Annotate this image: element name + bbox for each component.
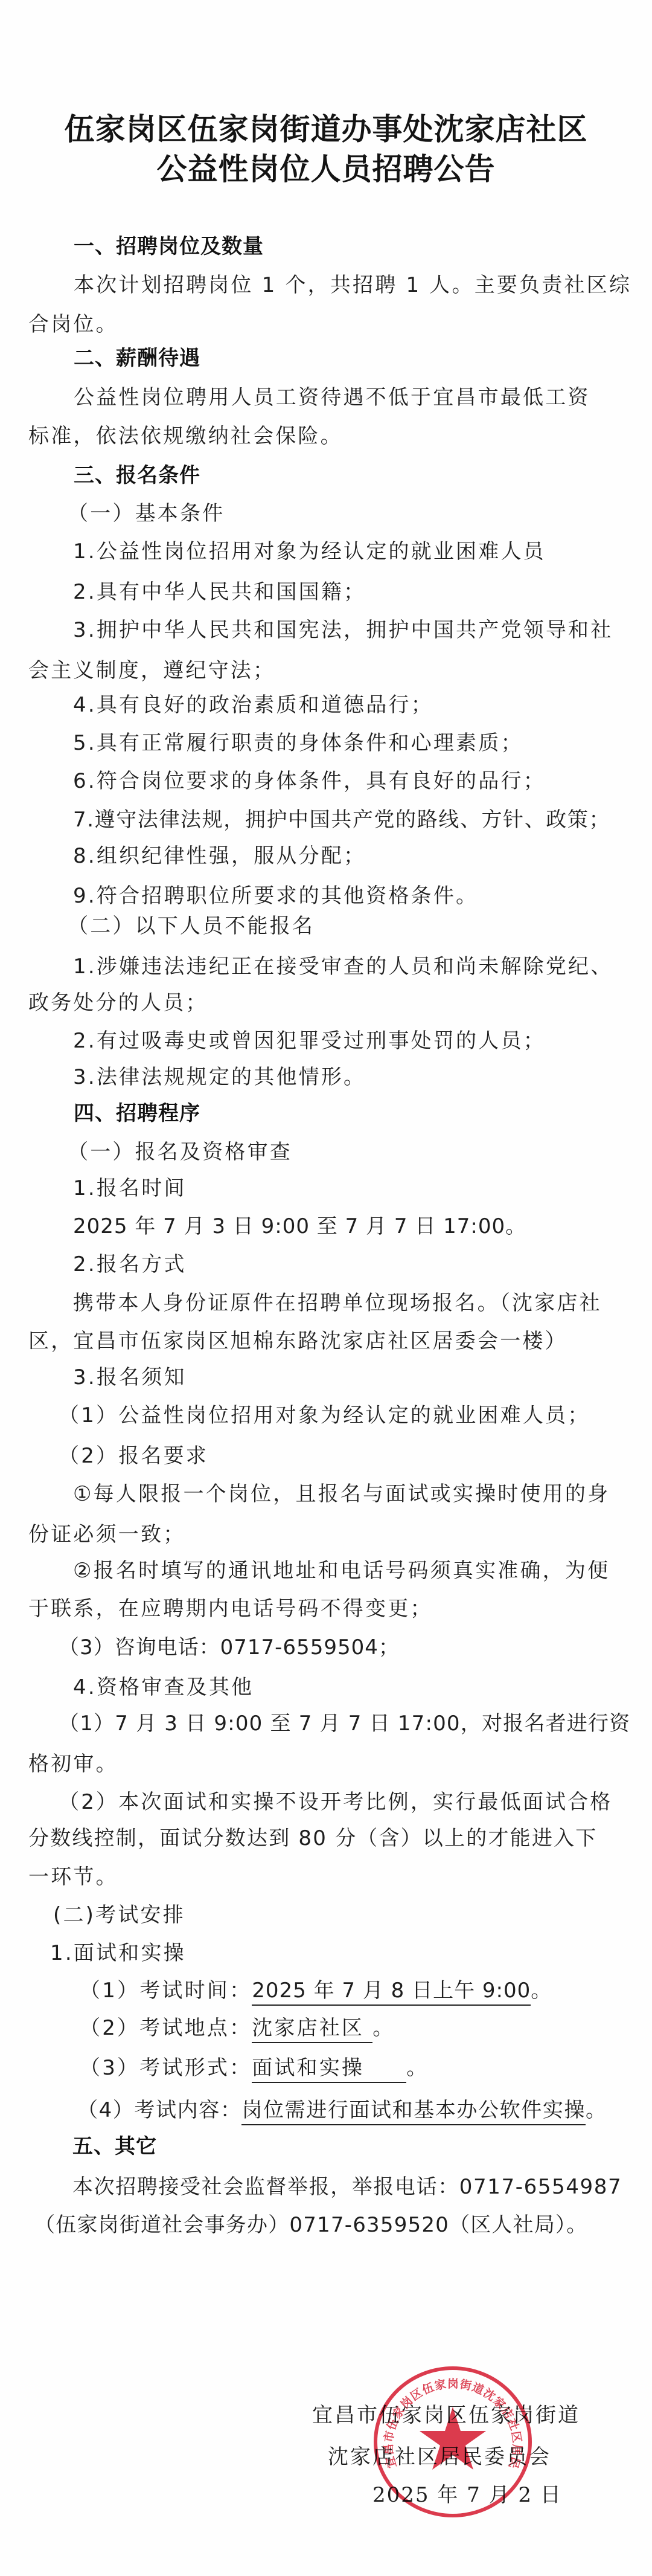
list-item: 1.涉嫌违法违纪正在接受审查的人员和尚未解除党纪、 — [73, 953, 613, 980]
list-item: （1）公益性岗位招用对象为经认定的就业困难人员； — [59, 1402, 590, 1429]
exam-item-heading: 1.面试和实操 — [50, 1940, 186, 1966]
subsection-heading-registration: （一）报名及资格审查 — [68, 1139, 292, 1165]
body-line: 携带本人身份证原件在招聘单位现场报名。（沈家店社 — [73, 1290, 602, 1316]
list-item: （1）7 月 3 日 9:00 至 7 月 7 日 17:00，对报名者进行资 — [59, 1710, 630, 1737]
body-line: 公益性岗位聘用人员工资待遇不低于宜昌市最低工资 — [74, 384, 590, 411]
subsection-heading-basic: （一）基本条件 — [68, 500, 225, 527]
official-seal-stamp: 宜昌市伍家岗区伍家岗街道沈家店社区居民委员会 — [372, 2365, 534, 2519]
list-item: 3.报名须知 — [73, 1364, 187, 1391]
registration-time: 2025 年 7 月 3 日 9:00 至 7 月 7 日 17:00。 — [73, 1213, 526, 1240]
list-item: 3.法律法规规定的其他情形。 — [73, 1064, 366, 1090]
list-item-continued: 分数线控制，面试分数达到 80 分（含）以上的才能进入下 — [28, 1825, 597, 1852]
announcement-page: 伍家岗区伍家岗街道办事处沈家店社区 公益性岗位人员招聘公告 一、招聘岗位及数量 … — [0, 0, 652, 2576]
section-heading-requirements: 三、报名条件 — [74, 462, 200, 489]
exam-time-row: （1）考试时间：2025 年 7 月 8 日上午 9:00。 — [80, 1977, 553, 2006]
body-line: 合岗位。 — [28, 311, 118, 338]
list-item: 5.具有正常履行职责的身体条件和心理素质； — [73, 730, 523, 756]
exam-content-row: （4）考试内容：岗位需进行面试和基本办公软件实操。 — [77, 2097, 607, 2125]
list-item: （2）报名要求 — [59, 1443, 208, 1469]
report-phone-line: （伍家岗街道社会事务办）0717-6359520（区人社局）。 — [34, 2212, 587, 2238]
list-item: 8.组织纪律性强，服从分配； — [73, 843, 366, 869]
punctuation: 。 — [372, 2016, 395, 2040]
exam-location-value: 沈家店社区 — [252, 2015, 372, 2043]
exam-location-row: （2）考试地点：沈家店社区 。 — [80, 2015, 395, 2043]
subsection-heading-exam: (二)考试安排 — [53, 1902, 185, 1928]
list-item-continued: 于联系，在应聘期内电话号码不得变更； — [28, 1596, 433, 1622]
registration-address: 区，宜昌市伍家岗区旭棉东路沈家店社区居委会一楼） — [28, 1328, 567, 1354]
consultation-phone: （3）咨询电话：0717-6559504； — [59, 1634, 400, 1661]
body-line: 本次计划招聘岗位 1 个，共招聘 1 人。主要负责社区综 — [74, 272, 631, 298]
title-line-2: 公益性岗位人员招聘公告 — [0, 151, 652, 187]
list-item: ①每人限报一个岗位，且报名与面试或实操时使用的身 — [73, 1481, 610, 1507]
list-item-continued: 政务处分的人员； — [28, 990, 208, 1016]
list-item: （2）本次面试和实操不设开考比例，实行最低面试合格 — [59, 1789, 613, 1815]
punctuation: 。 — [406, 2056, 429, 2080]
subsection-heading-ineligible: （二）以下人员不能报名 — [68, 913, 315, 939]
list-item: 1.报名时间 — [73, 1175, 187, 1202]
report-phone-line: 本次招聘接受社会监督举报，举报电话：0717-6554987 — [72, 2174, 622, 2200]
list-item-continued: 格初审。 — [28, 1751, 118, 1777]
list-item: 2.有过吸毒史或曾因犯罪受过刑事处罚的人员； — [73, 1028, 546, 1054]
list-item: 1.公益性岗位招用对象为经认定的就业困难人员 — [73, 538, 546, 565]
list-item: 2.具有中华人民共和国国籍； — [73, 579, 366, 605]
list-item-continued: 会主义制度，遵纪守法； — [28, 657, 275, 684]
title-line-1: 伍家岗区伍家岗街道办事处沈家店社区 — [0, 111, 652, 147]
section-heading-positions: 一、招聘岗位及数量 — [74, 233, 264, 260]
list-item: 4.资格审查及其他 — [73, 1674, 254, 1701]
list-item-continued: 一环节。 — [28, 1864, 118, 1890]
body-line: 标准，依法依规缴纳社会保险。 — [28, 423, 343, 449]
exam-time-label: （1）考试时间： — [80, 1979, 252, 2003]
list-item: 9.符合招聘职位所要求的其他资格条件。 — [73, 883, 478, 909]
list-item: 4.具有良好的政治素质和道德品行； — [73, 692, 433, 718]
section-heading-other: 五、其它 — [72, 2133, 157, 2160]
list-item: 6.符合岗位要求的身体条件，具有良好的品行； — [73, 768, 546, 794]
list-item: 7.遵守法律法规，拥护中国共产党的路线、方针、政策； — [73, 807, 610, 833]
exam-location-label: （2）考试地点： — [80, 2016, 252, 2040]
exam-format-label: （3）考试形式： — [80, 2056, 252, 2080]
list-item: ②报名时填写的通讯地址和电话号码须真实准确，为便 — [73, 1557, 610, 1584]
exam-format-row: （3）考试形式：面试和实操 。 — [80, 2055, 429, 2083]
section-heading-salary: 二、薪酬待遇 — [74, 345, 200, 372]
list-item: 2.报名方式 — [73, 1251, 187, 1278]
exam-time-value: 2025 年 7 月 8 日上午 9:00 — [252, 1977, 531, 2006]
punctuation: 。 — [531, 1979, 553, 2003]
list-item: 3.拥护中华人民共和国宪法，拥护中国共产党领导和社 — [73, 617, 613, 643]
red-star-icon — [420, 2407, 486, 2470]
punctuation: 。 — [586, 2098, 607, 2122]
section-heading-procedure: 四、招聘程序 — [74, 1100, 200, 1127]
exam-format-value: 面试和实操 — [252, 2055, 406, 2083]
exam-content-value: 岗位需进行面试和基本办公软件实操 — [241, 2097, 586, 2125]
list-item-continued: 份证必须一致； — [28, 1521, 185, 1548]
exam-content-label: （4）考试内容： — [77, 2098, 241, 2122]
